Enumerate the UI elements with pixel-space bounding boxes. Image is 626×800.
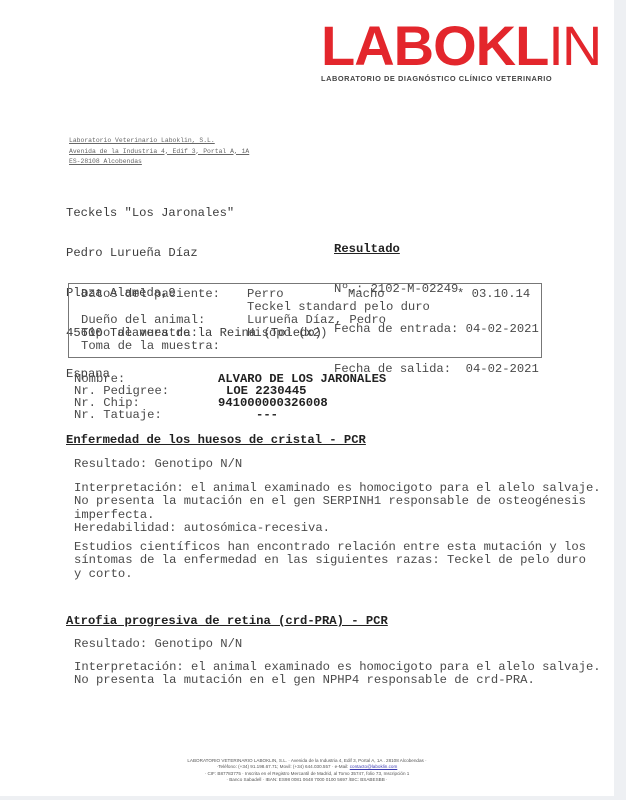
test-result: Resultado: Genotipo N/N xyxy=(74,458,242,471)
result-title: Resultado xyxy=(334,243,539,256)
logo-thin-part: IN xyxy=(548,14,600,77)
logo-wordmark: LABOKLIN xyxy=(321,22,581,70)
report-page: LABOKLIN LABORATORIO DE DIAGNÓSTICO CLÍN… xyxy=(0,0,614,796)
test-notes: Estudios científicos han encontrado rela… xyxy=(74,541,586,581)
test-interpretation: Interpretación: el animal examinado es h… xyxy=(74,482,601,536)
sender-line: Avenida de la Industria 4, Edif 3, Porta… xyxy=(69,147,249,158)
sample-taking-label: Toma de la muestra: xyxy=(81,340,220,353)
test-interpretation: Interpretación: el animal examinado es h… xyxy=(74,661,601,688)
logo-bold-part: LABOKL xyxy=(321,14,548,77)
tattoo-value: --- xyxy=(256,408,278,422)
recipient-line: Teckels "Los Jaronales" xyxy=(66,207,322,220)
footer-contact: ·Teléfono: (+34) 91.198.67.71; Movil: (+… xyxy=(217,764,350,769)
footer-email-link[interactable]: contacto@laboklin.com xyxy=(350,764,398,769)
footer-line: · Banco Sabadell · IBAN: ES98 0081 0648 … xyxy=(0,777,614,783)
logo-tagline: LABORATORIO DE DIAGNÓSTICO CLÍNICO VETER… xyxy=(321,74,581,83)
sample-type-value: Hisopo (x2) xyxy=(247,327,327,340)
test-title: Atrofia progresiva de retina (crd-PRA) -… xyxy=(66,614,388,628)
sender-address: Laboratorio Veterinario Laboklin, S.L. A… xyxy=(69,136,249,168)
recipient-line: Pedro Lurueña Díaz xyxy=(66,247,322,260)
laboklin-logo: LABOKLIN LABORATORIO DE DIAGNÓSTICO CLÍN… xyxy=(321,22,581,83)
tattoo-label: Nr. Tatuaje: xyxy=(74,408,162,422)
sender-line: Laboratorio Veterinario Laboklin, S.L. xyxy=(69,136,249,147)
patient-data-box: Datos del paciente: Perro Macho * 03.10.… xyxy=(68,283,542,358)
patient-birthdate: * 03.10.14 xyxy=(457,288,530,301)
test-result: Resultado: Genotipo N/N xyxy=(74,638,242,651)
test-title: Enfermedad de los huesos de cristal - PC… xyxy=(66,433,366,447)
page-footer: LABORATORIO VETERINARIO LABOKLIN, S.L. ·… xyxy=(0,758,614,783)
sender-line: ES-28108 Alcobendas xyxy=(69,157,249,168)
patient-label: Datos del paciente: xyxy=(81,288,220,301)
